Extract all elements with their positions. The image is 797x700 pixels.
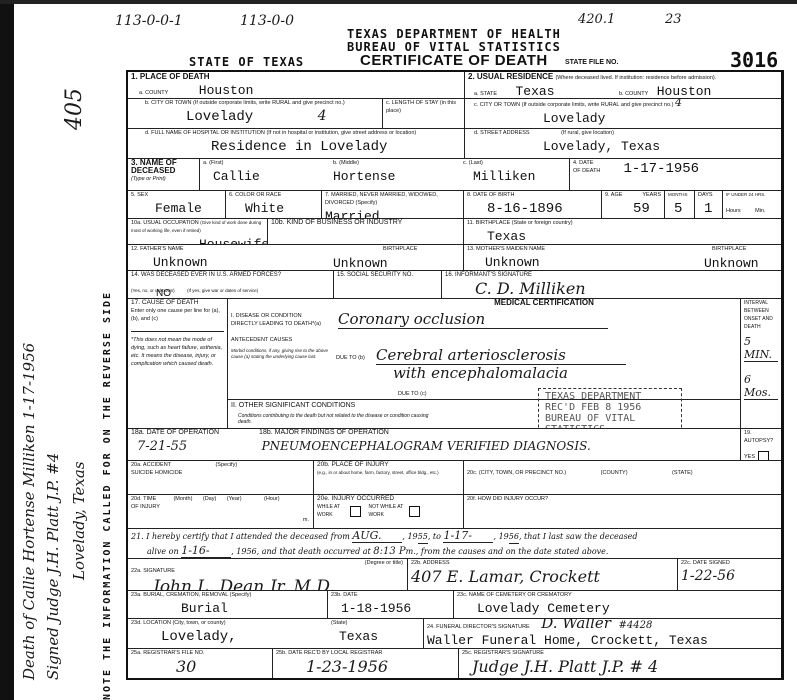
burial-date-label: 23b. DATE bbox=[331, 591, 450, 599]
months-value: 5 bbox=[674, 201, 682, 217]
injury-place-label: 20b. PLACE OF INJURY bbox=[317, 461, 460, 469]
pod-city-label: b. CITY OR TOWN bbox=[145, 100, 191, 106]
injury-how-label: 20f. HOW DID INJURY OCCUR? bbox=[467, 495, 778, 503]
interval-a-value: 5 MIN. bbox=[744, 335, 778, 362]
cert-time-value: 8:13 P bbox=[373, 545, 405, 558]
pod-hospital-value: Residence in Lovelady bbox=[211, 139, 387, 155]
mother-value: Unknown bbox=[485, 255, 540, 270]
res-street-hint: (If rural, give location) bbox=[561, 130, 614, 136]
race-value: White bbox=[245, 201, 284, 216]
injury-state-label: (STATE) bbox=[672, 470, 693, 476]
occupation-value: Housewife bbox=[199, 237, 268, 244]
cemetery-label: 23c. NAME OF CEMETERY OR CREMATORY bbox=[457, 591, 778, 599]
director-signature: D. Waller bbox=[541, 618, 611, 632]
state-file-label: STATE FILE NO. bbox=[565, 59, 618, 66]
residence-label: 2. USUAL RESIDENCE bbox=[468, 72, 553, 81]
accident-label: 20a. ACCIDENT SUICIDE HOMICIDE bbox=[131, 461, 191, 477]
received-stamp: TEXAS DEPARTMENT REC'D FEB 8 1956 BUREAU… bbox=[538, 388, 682, 428]
burial-date-value: 1-18-1956 bbox=[341, 601, 411, 616]
at-work-checkbox[interactable] bbox=[350, 506, 361, 517]
mother-label: 13. MOTHER'S MAIDEN NAME bbox=[467, 246, 545, 252]
file-code-3: 420.1 bbox=[578, 12, 615, 27]
location-label: 23d. LOCATION (City, town, or county) bbox=[131, 619, 325, 627]
father-bp-label: BIRTHPLACE bbox=[383, 245, 417, 253]
father-bp-value: Unknown bbox=[333, 256, 388, 270]
race-label: 6. COLOR OR RACE bbox=[229, 191, 318, 199]
cert-text3: , and that death occurred at bbox=[257, 547, 371, 556]
cert-yr1-prefix: , 19 bbox=[402, 532, 417, 541]
degree-label: (Degree or title) bbox=[365, 559, 403, 567]
res-city-hint: (If outside corporate limits, write RURA… bbox=[522, 102, 674, 108]
cert-yr2-prefix: , 19 bbox=[493, 532, 508, 541]
certificate-title: CERTIFICATE OF DEATH bbox=[360, 52, 548, 69]
location-value: Lovelady, bbox=[161, 629, 237, 645]
cert-to-value: 1-17- bbox=[443, 529, 493, 543]
place-of-death-label: 1. PLACE OF DEATH bbox=[131, 73, 461, 81]
registrar-file-value: 30 bbox=[176, 657, 196, 676]
medical-cert-title: MEDICAL CERTIFICATION bbox=[351, 299, 737, 307]
injury-day-label: (Day) bbox=[203, 496, 216, 502]
cert-yr3-prefix: , 19 bbox=[231, 547, 246, 556]
part1-label: I. DISEASE OR CONDITION DIRECTLY LEADING… bbox=[231, 312, 321, 328]
burial-state-value: Texas bbox=[339, 629, 378, 644]
injury-year-label: (Year) bbox=[227, 496, 242, 502]
injury-place-hint: (e.g., in or about home, farm, factory, … bbox=[317, 469, 460, 477]
deceased-name-label: 3. NAME OF DECEASED bbox=[131, 159, 196, 175]
age-label: 9. AGE bbox=[605, 192, 622, 198]
registrar-file-label: 25a. REGISTRAR'S FILE NO. bbox=[131, 649, 269, 657]
file-code-4: 23 bbox=[665, 12, 682, 27]
file-code-2: 113-0-0 bbox=[240, 13, 294, 29]
interval-label: INTERVAL BETWEEN ONSET AND DEATH bbox=[744, 299, 778, 331]
birthplace-hint: (State or foreign country) bbox=[512, 220, 573, 226]
birthplace-value: Texas bbox=[487, 229, 526, 244]
armed-value: NO bbox=[156, 288, 171, 298]
pod-precinct-value: 4 bbox=[318, 108, 327, 124]
pod-county-value: Houston bbox=[199, 83, 254, 98]
father-label: 12. FATHER'S NAME bbox=[131, 246, 184, 252]
cert-text2: , that I last saw the deceased bbox=[519, 532, 638, 541]
middle-name-value: Hortense bbox=[333, 169, 395, 184]
min-label: Min. bbox=[755, 208, 765, 214]
cert-text4: m., from the causes and on the date stat… bbox=[406, 547, 609, 556]
stamp-line2: REC'D FEB 8 1956 bbox=[545, 402, 675, 413]
res-city-value: Lovelady bbox=[543, 111, 605, 126]
informant-label: 16. INFORMANT'S SIGNATURE bbox=[445, 271, 778, 279]
pod-hospital-hint: (If not in hospital or institution, give… bbox=[266, 130, 416, 136]
department-title: TEXAS DEPARTMENT OF HEALTH bbox=[347, 27, 561, 41]
registrar-date-label: 25b. DATE REC'D BY LOCAL REGISTRAR bbox=[276, 649, 455, 657]
registrar-signature: Judge J.H. Platt J.P. # 4 bbox=[472, 657, 658, 676]
part2-label: II. OTHER SIGNIFICANT CONDITIONS bbox=[231, 402, 355, 410]
registrar-date-value: 1-23-1956 bbox=[306, 657, 388, 676]
first-name-label: a. (First) bbox=[203, 159, 327, 167]
injury-city-label: 20c. (CITY, TOWN, OR PRECINCT NO.) bbox=[467, 470, 566, 476]
op-date-label: 18a. DATE OF OPERATION bbox=[131, 429, 219, 436]
armed-label: 14. WAS DECEASED EVER IN U.S. ARMED FORC… bbox=[131, 271, 330, 279]
sex-label: 5. SEX bbox=[131, 191, 222, 199]
registrar-sig-label: 25c. REGISTRAR'S SIGNATURE bbox=[462, 649, 778, 657]
autopsy-yes-checkbox[interactable] bbox=[758, 451, 769, 460]
res-street-value: Lovelady, Texas bbox=[543, 139, 660, 154]
margin-handwritten-line1: Death of Callie Hortense Milliken 1-17-1… bbox=[20, 343, 38, 680]
due-c-label: DUE TO (c) bbox=[398, 390, 427, 398]
father-value: Unknown bbox=[153, 255, 208, 270]
dob-value: 8-16-1896 bbox=[487, 201, 563, 217]
ssn-label: 15. SOCIAL SECURITY NO. bbox=[337, 271, 438, 279]
years-value: 59 bbox=[633, 201, 650, 217]
cause-hint: Enter only one cause per line for (a), (… bbox=[131, 307, 224, 323]
at-work-label: WHILE AT WORK bbox=[317, 503, 347, 519]
days-label: DAYS bbox=[698, 191, 719, 199]
interval-b-value: 6 Mos. bbox=[744, 373, 778, 400]
cause-a-value: Coronary occlusion bbox=[338, 310, 608, 329]
res-street-label: d. STREET ADDRESS bbox=[474, 130, 530, 136]
certificate-form: 1. PLACE OF DEATH a. COUNTY Houston 2. U… bbox=[126, 70, 784, 680]
cemetery-value: Lovelady Cemetery bbox=[477, 601, 610, 616]
informant-signature: C. D. Milliken bbox=[475, 279, 586, 298]
not-at-work-label: NOT WHILE AT WORK bbox=[368, 503, 406, 519]
margin-handwritten-line2: Signed Judge J.H. Platt J.P. #4 bbox=[44, 453, 62, 680]
dob-label: 8. DATE OF BIRTH bbox=[467, 191, 598, 199]
not-at-work-checkbox[interactable] bbox=[409, 506, 420, 517]
birthplace-label: 11. BIRTHPLACE bbox=[467, 220, 510, 226]
dod-label: 4. DATE OF DEATH bbox=[573, 159, 601, 175]
mother-bp-label: BIRTHPLACE bbox=[712, 245, 746, 253]
physician-signature: John L. Dean Jr. M.D. bbox=[153, 577, 404, 590]
pod-stay-label: c. LENGTH OF STAY (in this place) bbox=[386, 99, 461, 115]
signature-label: 22a. SIGNATURE bbox=[131, 568, 175, 574]
first-name-value: Callie bbox=[213, 169, 260, 184]
occupation-label: 10a. USUAL OCCUPATION bbox=[131, 220, 199, 226]
sex-value: Female bbox=[155, 201, 202, 216]
due-b-label: DUE TO (b) bbox=[336, 354, 365, 362]
armed-hint2: (If yes, give war or dates of service) bbox=[187, 288, 258, 293]
cause-b-value: Cerebral arteriosclerosis bbox=[376, 346, 626, 365]
hours-label: Hours bbox=[726, 208, 741, 214]
res-state-label: a. STATE bbox=[474, 91, 497, 97]
res-state-value: Texas bbox=[515, 84, 554, 98]
injury-hour-label: (Hour) bbox=[264, 496, 280, 502]
burial-state-label: (State) bbox=[331, 619, 420, 627]
res-county-value: Houston bbox=[657, 84, 712, 98]
cert-yr1-value: 55 bbox=[418, 530, 428, 544]
days-value: 1 bbox=[704, 201, 712, 217]
address-value: 407 E. Lamar, Crockett bbox=[411, 567, 600, 586]
months-label: MONTHS bbox=[668, 191, 691, 199]
cause-label: 17. CAUSE OF DEATH bbox=[131, 299, 224, 307]
op-findings-label: 18b. MAJOR FINDINGS OF OPERATION bbox=[259, 429, 389, 436]
margin-handwritten-code: 405 bbox=[62, 88, 87, 130]
director-label: 24. FUNERAL DIRECTOR'S SIGNATURE bbox=[427, 624, 530, 630]
last-name-value: Milliken bbox=[473, 169, 535, 184]
reverse-side-note: NOTE THE INFORMATION CALLED FOR ON THE R… bbox=[102, 291, 113, 700]
state-title: STATE OF TEXAS bbox=[189, 55, 304, 69]
mother-bp-value: Unknown bbox=[704, 256, 759, 270]
burial-type-label: 23a. BURIAL, CREMATION, REMOVAL (Specify… bbox=[131, 591, 324, 599]
pod-hospital-label: d. FULL NAME OF HOSPITAL OR INSTITUTION bbox=[145, 130, 265, 136]
date-signed-label: 22c. DATE SIGNED bbox=[681, 559, 778, 567]
scan-dark-edge bbox=[0, 0, 14, 700]
injury-county-label: (COUNTY) bbox=[601, 470, 628, 476]
op-findings-value: PNEUMOENCEPHALOGRAM VERIFIED DIAGNOSIS. bbox=[262, 439, 591, 453]
residence-hint: (Where deceased lived. If institution: r… bbox=[555, 75, 716, 81]
years-label: YEARS bbox=[642, 191, 661, 199]
middle-name-label: b. (Middle) bbox=[333, 159, 457, 167]
marital-value: Married bbox=[325, 209, 380, 218]
injury-time-label: 20d. TIME OF INJURY bbox=[131, 495, 163, 511]
autopsy-label: 19. AUTOPSY? bbox=[744, 429, 778, 445]
director-number: #4428 bbox=[619, 620, 653, 631]
funeral-home-value: Waller Funeral Home, Crockett, Texas bbox=[427, 633, 708, 648]
cert-from-value: AUG. bbox=[352, 529, 402, 543]
scan-top-edge bbox=[0, 0, 797, 4]
stamp-line1: TEXAS DEPARTMENT bbox=[545, 391, 675, 402]
antecedent-hint: Morbid conditions, if any, giving rise t… bbox=[231, 348, 331, 360]
injury-month-label: (Month) bbox=[173, 496, 192, 502]
cert-yr2-value: 56 bbox=[509, 530, 519, 544]
cause-footnote: *This does not mean the mode of dying, s… bbox=[131, 331, 224, 368]
last-name-label: c. (Last) bbox=[463, 159, 566, 167]
margin-handwritten-line3: Lovelady, Texas bbox=[70, 461, 88, 580]
pod-county-label: a. COUNTY bbox=[139, 90, 168, 96]
under24-label: IF UNDER 24 HRS. bbox=[726, 191, 778, 199]
date-signed-value: 1-22-56 bbox=[681, 568, 735, 584]
cert-text1: 21. I hereby certify that I attended the… bbox=[131, 532, 350, 541]
antecedent-label: ANTECEDENT CAUSES bbox=[231, 336, 292, 344]
cert-yr3-value: 56 bbox=[246, 545, 256, 558]
res-county-label: b. COUNTY bbox=[619, 91, 648, 97]
part2-hint: Conditions contributing to the death but… bbox=[238, 413, 438, 425]
cert-alive-value: 1-16- bbox=[181, 544, 231, 558]
address-label: 22b. ADDRESS bbox=[411, 559, 674, 567]
dod-value: 1-17-1956 bbox=[623, 161, 699, 177]
injury-m-label: m. bbox=[303, 516, 309, 524]
file-code-1: 113-0-0-1 bbox=[115, 13, 183, 29]
deceased-name-hint: (Type or Print) bbox=[131, 175, 196, 183]
res-precinct-value: 4 bbox=[675, 98, 682, 109]
marital-label: 7. MARRIED, NEVER MARRIED, WIDOWED, DIVO… bbox=[325, 191, 460, 207]
accident-specify: (Specify) bbox=[215, 462, 237, 468]
state-file-number: 3016 bbox=[730, 48, 778, 72]
business-label: 10b. KIND OF BUSINESS OR INDUSTRY bbox=[271, 219, 460, 227]
cert-to-text: , to bbox=[428, 532, 441, 541]
pod-city-value: Lovelady bbox=[186, 109, 253, 125]
burial-type-value: Burial bbox=[181, 601, 228, 616]
res-city-label: c. CITY OR TOWN bbox=[474, 102, 520, 108]
pod-city-hint: (If outside corporate limits, write RURA… bbox=[193, 100, 345, 106]
injury-occurred-label: 20e. INJURY OCCURRED bbox=[317, 495, 460, 503]
op-date-value: 7-21-55 bbox=[137, 439, 187, 454]
cert-alive-text: alive on bbox=[147, 547, 179, 556]
cause-b2-value: with encephalomalacia bbox=[393, 364, 568, 382]
side-margin: Death of Callie Hortense Milliken 1-17-1… bbox=[18, 20, 113, 690]
stamp-line3: BUREAU OF VITAL STATISTICS bbox=[545, 413, 675, 428]
